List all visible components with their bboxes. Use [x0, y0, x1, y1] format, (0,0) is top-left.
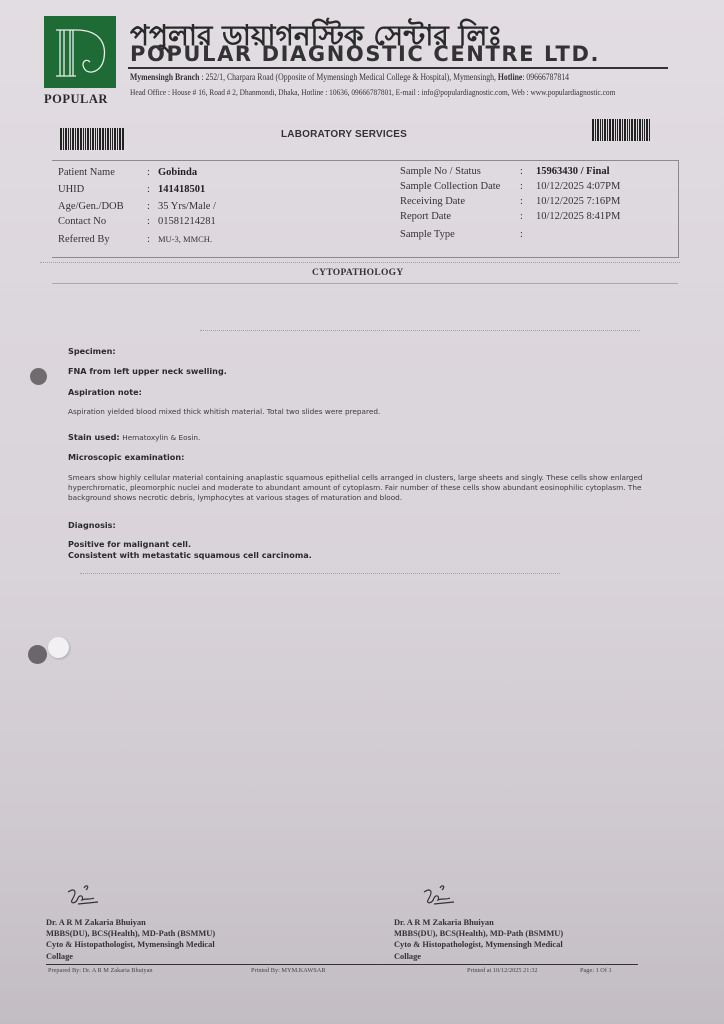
hotline-number: : 09666787814: [522, 72, 569, 82]
barcode-bar: [117, 128, 118, 150]
signature-left-icon: [64, 882, 104, 912]
field-label: Sample Type: [400, 229, 455, 240]
signatory-degrees: MBBS(DU), BCS(Health), MD-Path (BSMMU): [394, 928, 563, 939]
signatory-name: Dr. A R M Zakaria Bhuiyan: [46, 917, 215, 928]
barcode-bar: [110, 128, 111, 150]
field-separator: :: [520, 229, 523, 240]
field-label: Patient Name: [58, 167, 115, 178]
barcode-bar: [642, 119, 643, 141]
field-separator: :: [520, 166, 523, 177]
popular-logo-icon: [44, 16, 116, 88]
field-separator: :: [520, 211, 523, 222]
barcode-bar: [80, 128, 82, 150]
footer-divider: [46, 964, 638, 965]
sample-field: Sample Collection Date:10/12/2025 4:07PM: [400, 181, 500, 192]
signatory-title: Cyto & Histopathologist, Mymensingh Medi…: [46, 939, 215, 950]
specimen-heading: Specimen:: [68, 346, 116, 356]
field-label: Referred By: [58, 234, 110, 245]
barcode-bar: [63, 128, 64, 150]
barcode-bar: [107, 128, 109, 150]
barcode-bar: [622, 119, 623, 141]
logo-wordmark: POPULAR: [44, 92, 108, 107]
sample-field: Receiving Date:10/12/2025 7:16PM: [400, 196, 465, 207]
specimen-value: FNA from left upper neck swelling.: [68, 366, 227, 376]
field-value: 10/12/2025 4:07PM: [536, 181, 620, 192]
field-label: Report Date: [400, 211, 451, 222]
barcode-bar: [95, 128, 96, 150]
sample-field: Sample Type:: [400, 229, 455, 240]
barcode-bar: [629, 119, 630, 141]
barcode-bar: [592, 119, 594, 141]
barcode-bar: [646, 119, 648, 141]
field-value: 10/12/2025 7:16PM: [536, 196, 620, 207]
stain-heading: Stain used:: [68, 432, 120, 442]
barcode-bar: [92, 128, 94, 150]
signatory-institution: Collage: [46, 951, 215, 962]
prepared-by: Prepared By: Dr. A R M Zakaria Bhuiyan: [48, 967, 153, 974]
barcode-bar: [639, 119, 641, 141]
barcode-bar: [602, 119, 603, 141]
barcode-bar: [97, 128, 98, 150]
barcode-bar: [644, 119, 645, 141]
barcode-bar: [595, 119, 596, 141]
patient-field: UHID:141418501: [58, 184, 84, 195]
barcode-bar: [609, 119, 611, 141]
field-separator: :: [147, 167, 150, 178]
field-label: Age/Gen./DOB: [58, 201, 124, 212]
field-label: Contact No: [58, 216, 106, 227]
barcode-bar: [114, 128, 116, 150]
signatory-name: Dr. A R M Zakaria Bhuiyan: [394, 917, 563, 928]
barcode-bar: [112, 128, 113, 150]
barcode-right: [592, 119, 651, 147]
barcode-bar: [75, 128, 76, 150]
field-value: 35 Yrs/Male /: [158, 201, 216, 212]
barcode-bar: [619, 119, 621, 141]
barcode-bar: [615, 119, 616, 141]
barcode-bar: [604, 119, 606, 141]
field-value: Gobinda: [158, 167, 197, 178]
barcode-left: [60, 128, 125, 156]
signatory-degrees: MBBS(DU), BCS(Health), MD-Path (BSMMU): [46, 928, 215, 939]
field-value: MU-3, MMCH.: [158, 234, 212, 244]
field-label: Sample Collection Date: [400, 181, 500, 192]
barcode-bar: [102, 128, 104, 150]
barcode-bar: [631, 119, 633, 141]
patient-field: Referred By:MU-3, MMCH.: [58, 234, 110, 245]
field-label: Receiving Date: [400, 196, 465, 207]
field-separator: :: [147, 201, 150, 212]
aspiration-note: Aspiration yielded blood mixed thick whi…: [68, 407, 668, 417]
patient-field: Age/Gen./DOB:35 Yrs/Male /: [58, 201, 124, 212]
signatory-right: Dr. A R M Zakaria Bhuiyan MBBS(DU), BCS(…: [394, 917, 563, 962]
branch-address: Mymensingh Branch : 252/1, Charpara Road…: [130, 72, 569, 82]
microscopic-heading: Microscopic examination:: [68, 452, 184, 462]
barcode-bar: [85, 128, 86, 150]
barcode-bar: [83, 128, 84, 150]
hotline-label: Hotline: [498, 72, 523, 82]
divider: [40, 262, 680, 263]
punch-hole-shadow: [48, 637, 69, 658]
microscopic-findings: Smears show highly cellular material con…: [68, 473, 674, 502]
stain-line: Stain used: Hematoxylin & Eosin.: [68, 432, 200, 442]
field-value: 10/12/2025 8:41PM: [536, 211, 620, 222]
diagnosis-heading: Diagnosis:: [68, 520, 116, 530]
head-office-address: Head Office : House # 16, Road # 2, Dhan…: [130, 87, 615, 97]
signatory-title: Cyto & Histopathologist, Mymensingh Medi…: [394, 939, 563, 950]
field-value: 01581214281: [158, 216, 216, 227]
barcode-bar: [122, 128, 124, 150]
printed-by: Printed By: MYM.KAWSAR: [251, 967, 326, 974]
branch-label: Mymensingh Branch: [130, 72, 199, 82]
field-separator: :: [147, 184, 150, 195]
patient-field: Contact No:01581214281: [58, 216, 106, 227]
barcode-bar: [617, 119, 618, 141]
header-divider: [128, 67, 668, 69]
field-separator: :: [520, 196, 523, 207]
barcode-bar: [90, 128, 91, 150]
barcode-bar: [624, 119, 626, 141]
sample-field: Sample No / Status:15963430 / Final: [400, 166, 481, 177]
dotted-divider: [200, 330, 640, 331]
aspiration-heading: Aspiration note:: [68, 387, 142, 397]
stain-value: Hematoxylin & Eosin.: [122, 433, 200, 442]
barcode-bar: [72, 128, 74, 150]
barcode-bar: [597, 119, 599, 141]
department-title: CYTOPATHOLOGY: [312, 268, 404, 278]
field-label: UHID: [58, 184, 84, 195]
punch-hole: [28, 645, 47, 664]
diagnosis-line-1: Positive for malignant cell.: [68, 539, 191, 550]
barcode-bar: [99, 128, 101, 150]
barcode-bar: [612, 119, 614, 141]
branch-address-text: : 252/1, Charpara Road (Opposite of Myme…: [201, 72, 496, 82]
printed-at: Printed at 10/12/2025 21:32: [467, 967, 538, 974]
section-title: LABORATORY SERVICES: [281, 129, 407, 140]
barcode-bar: [607, 119, 608, 141]
sample-field: Report Date:10/12/2025 8:41PM: [400, 211, 451, 222]
barcode-bar: [70, 128, 71, 150]
diagnosis-line-2: Consistent with metastatic squamous cell…: [68, 550, 312, 561]
field-label: Sample No / Status: [400, 166, 481, 177]
field-value: 141418501: [158, 184, 205, 195]
barcode-bar: [68, 128, 69, 150]
company-name: POPULAR DIAGNOSTIC CENTRE LTD.: [130, 42, 600, 66]
barcode-bar: [600, 119, 601, 141]
lab-report-page: POPULAR পপুলার ডায়াগনস্টিক সেন্টার লিঃ …: [0, 0, 724, 1024]
department-divider: [52, 283, 678, 284]
signatory-institution: Collage: [394, 951, 563, 962]
patient-field: Patient Name:Gobinda: [58, 167, 115, 178]
barcode-bar: [627, 119, 628, 141]
barcode-bar: [649, 119, 650, 141]
signatory-left: Dr. A R M Zakaria Bhuiyan MBBS(DU), BCS(…: [46, 917, 215, 962]
field-value: 15963430 / Final: [536, 166, 610, 177]
barcode-bar: [119, 128, 121, 150]
barcode-bar: [634, 119, 636, 141]
barcode-bar: [60, 128, 62, 150]
field-separator: :: [147, 234, 150, 245]
signature-right-icon: [420, 882, 460, 912]
barcode-bar: [77, 128, 79, 150]
dotted-divider: [80, 573, 560, 574]
field-separator: :: [520, 181, 523, 192]
barcode-bar: [105, 128, 106, 150]
barcode-bar: [65, 128, 67, 150]
barcode-bar: [87, 128, 89, 150]
page-number: Page: 1 Of 1: [580, 967, 612, 974]
barcode-bar: [637, 119, 638, 141]
punch-hole: [30, 368, 47, 385]
field-separator: :: [147, 216, 150, 227]
